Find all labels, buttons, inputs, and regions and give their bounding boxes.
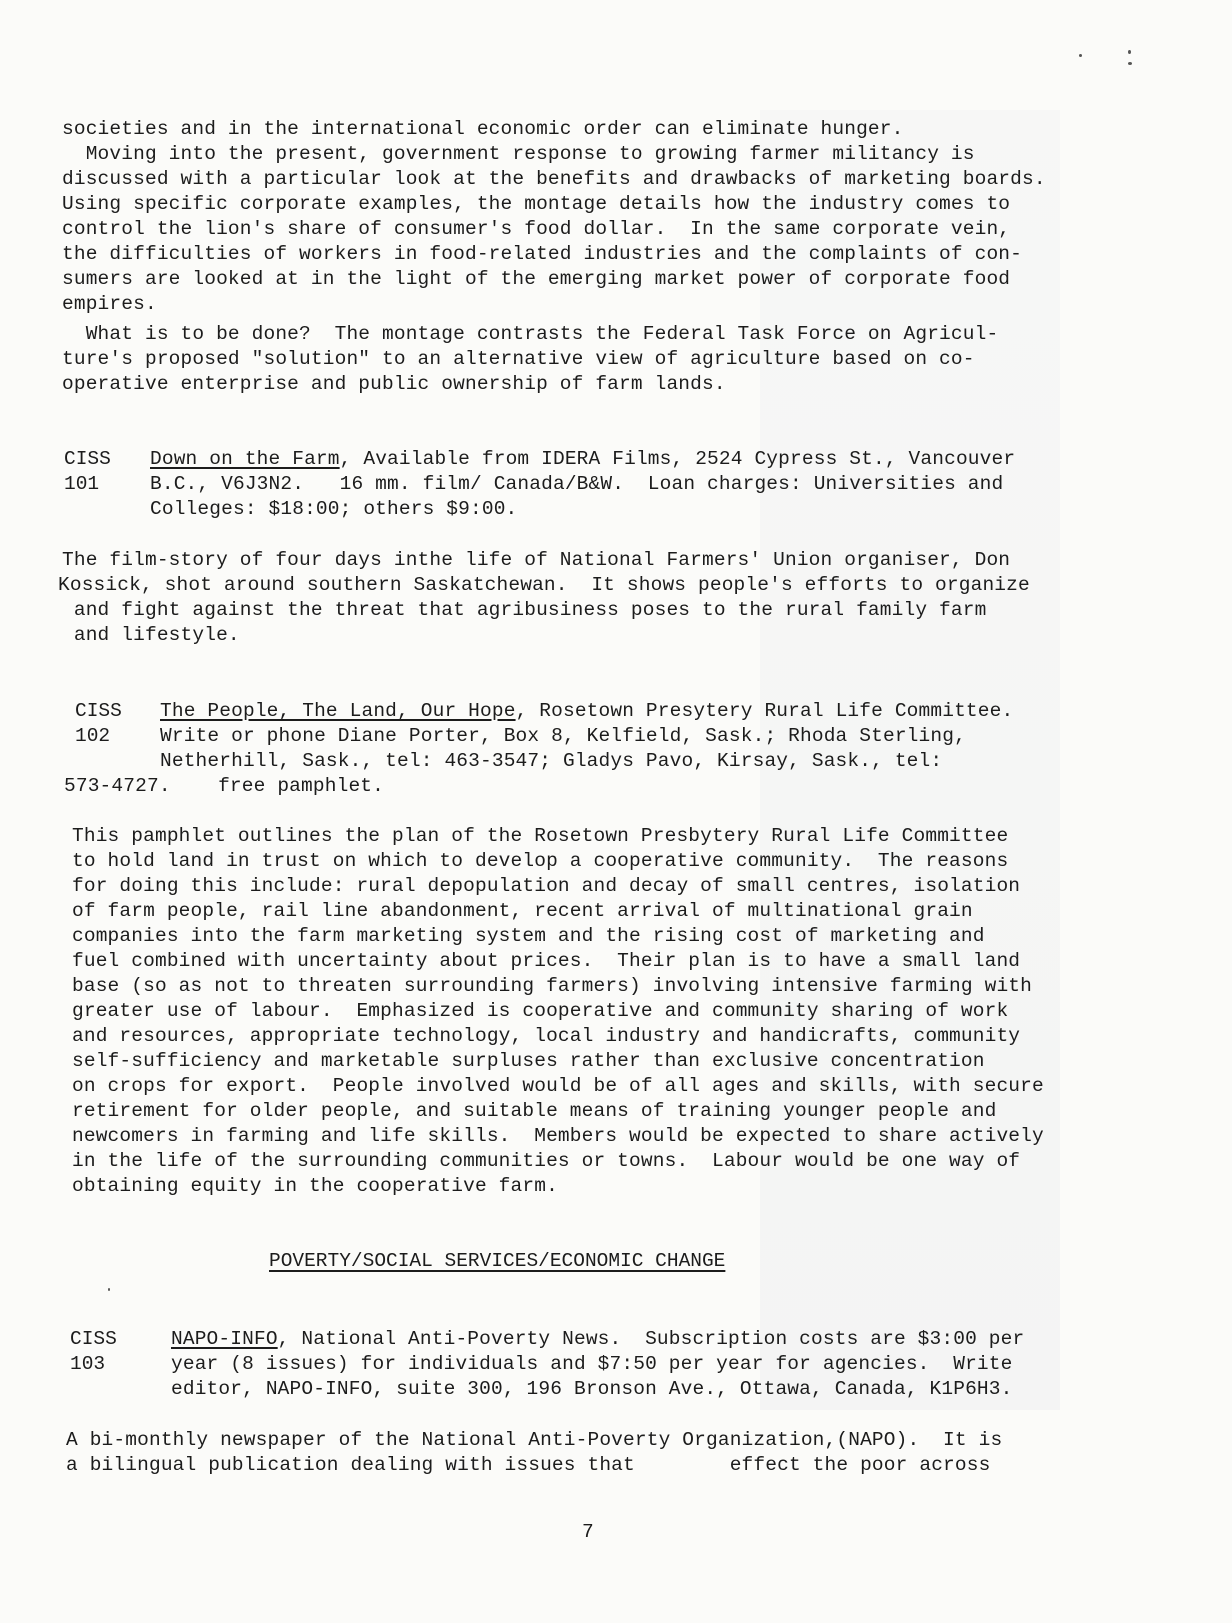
intro-line: control the lion's share of consumer's f… bbox=[62, 217, 1010, 242]
intro-line: Using specific corporate examples, the m… bbox=[62, 192, 1010, 217]
description-line: This pamphlet outlines the plan of the R… bbox=[72, 824, 1008, 849]
citation-line: editor, NAPO-INFO, suite 300, 196 Bronso… bbox=[171, 1377, 1013, 1402]
citation-line: year (8 issues) for individuals and $7:5… bbox=[171, 1352, 1013, 1377]
description-line: fuel combined with uncertainty about pri… bbox=[72, 949, 1020, 974]
description-line: retirement for older people, and suitabl… bbox=[72, 1099, 996, 1124]
intro-line: What is to be done? The montage contrast… bbox=[62, 322, 998, 347]
entry-title: The People, The Land, Our Hope bbox=[160, 700, 516, 722]
intro-line: empires. bbox=[62, 292, 157, 317]
description-line: in the life of the surrounding communiti… bbox=[72, 1149, 1020, 1174]
description-line: a bilingual publication dealing with iss… bbox=[66, 1453, 990, 1478]
citation-line: , National Anti-Poverty News. Subscripti… bbox=[278, 1328, 1025, 1350]
entry-citation: The People, The Land, Our Hope, Rosetown… bbox=[160, 699, 1013, 724]
scan-speck bbox=[1079, 54, 1082, 57]
intro-line: societies and in the international econo… bbox=[62, 117, 904, 142]
citation-line: Netherhill, Sask., tel: 463-3547; Gladys… bbox=[160, 749, 942, 774]
intro-line: Moving into the present, government resp… bbox=[62, 142, 975, 167]
page-number: 7 bbox=[582, 1521, 594, 1543]
intro-line: operative enterprise and public ownershi… bbox=[62, 372, 726, 397]
entry-number: 101 bbox=[64, 472, 99, 497]
entry-citation: Down on the Farm, Available from IDERA F… bbox=[150, 447, 1015, 472]
description-line: A bi-monthly newspaper of the National A… bbox=[66, 1428, 1002, 1453]
entry-series: CISS bbox=[64, 447, 111, 472]
document-page: societies and in the international econo… bbox=[0, 0, 1232, 1623]
intro-line: discussed with a particular look at the … bbox=[62, 167, 1046, 192]
entry-series: CISS bbox=[75, 699, 122, 724]
scan-speck bbox=[1128, 50, 1131, 54]
citation-line: , Available from IDERA Films, 2524 Cypre… bbox=[340, 448, 1016, 470]
description-line: and lifestyle. bbox=[62, 623, 240, 648]
citation-line: Write or phone Diane Porter, Box 8, Kelf… bbox=[160, 724, 966, 749]
description-line: obtaining equity in the cooperative farm… bbox=[72, 1174, 558, 1199]
description-line: on crops for export. People involved wou… bbox=[72, 1074, 1044, 1099]
section-heading: POVERTY/SOCIAL SERVICES/ECONOMIC CHANGE bbox=[269, 1249, 725, 1274]
entry-number: 103 bbox=[70, 1352, 105, 1377]
description-line: and fight against the threat that agribu… bbox=[62, 598, 986, 623]
description-line: newcomers in farming and life skills. Me… bbox=[72, 1124, 1044, 1149]
description-line: companies into the farm marketing system… bbox=[72, 924, 985, 949]
entry-title: NAPO-INFO bbox=[171, 1328, 278, 1350]
scan-speck bbox=[108, 1288, 110, 1291]
entry-number: 102 bbox=[75, 724, 110, 749]
description-line: Kossick, shot around southern Saskatchew… bbox=[58, 573, 1030, 598]
description-line: and resources, appropriate technology, l… bbox=[72, 1024, 1020, 1049]
description-line: base (so as not to threaten surrounding … bbox=[72, 974, 1032, 999]
description-line: for doing this include: rural depopulati… bbox=[72, 874, 1020, 899]
citation-line: Colleges: $18:00; others $9:00. bbox=[150, 497, 517, 522]
entry-citation: NAPO-INFO, National Anti-Poverty News. S… bbox=[171, 1327, 1024, 1352]
description-line: greater use of labour. Emphasized is coo… bbox=[72, 999, 1008, 1024]
scan-speck bbox=[1128, 62, 1132, 65]
entry-title: Down on the Farm bbox=[150, 448, 340, 470]
description-line: to hold land in trust on which to develo… bbox=[72, 849, 1008, 874]
citation-line: B.C., V6J3N2. 16 mm. film/ Canada/B&W. L… bbox=[150, 472, 1003, 497]
entry-series: CISS bbox=[70, 1327, 117, 1352]
citation-line: 573-4727. free pamphlet. bbox=[64, 774, 384, 799]
intro-line: the difficulties of workers in food-rela… bbox=[62, 242, 1022, 267]
description-line: of farm people, rail line abandonment, r… bbox=[72, 899, 973, 924]
intro-line: sumers are looked at in the light of the… bbox=[62, 267, 1010, 292]
description-line: The film-story of four days inthe life o… bbox=[62, 548, 1010, 573]
intro-line: ture's proposed "solution" to an alterna… bbox=[62, 347, 975, 372]
citation-line: , Rosetown Presytery Rural Life Committe… bbox=[516, 700, 1014, 722]
description-line: self-sufficiency and marketable surpluse… bbox=[72, 1049, 985, 1074]
